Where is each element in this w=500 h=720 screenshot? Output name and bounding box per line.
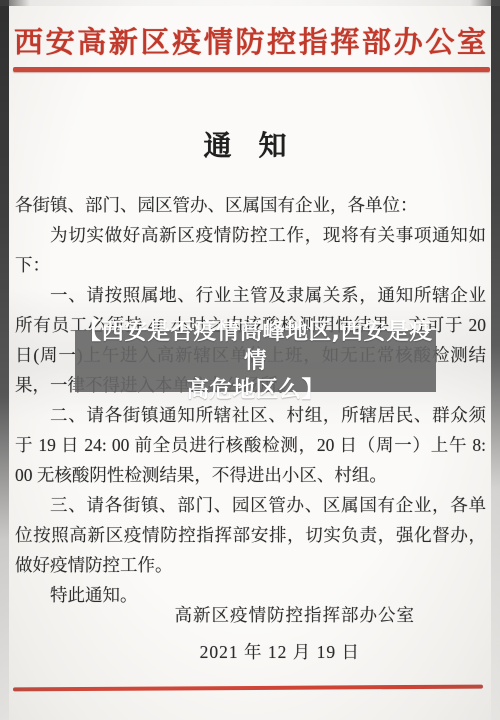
body-paragraph: 为切实做好高新区疫情防控工作，现将有关事项通知如下： <box>15 220 486 280</box>
issuing-office-signature: 高新区疫情防控指挥部办公室 <box>175 602 416 627</box>
footer-divider <box>13 685 483 692</box>
watermark-caption-line2: 高危地区么】 <box>75 376 436 405</box>
letterhead-title: 西安高新区疫情防控指挥部办公室 <box>14 20 487 61</box>
photo-edge-shadow-right <box>491 0 500 720</box>
letterhead-divider <box>13 67 490 72</box>
issue-date: 2021 年 12 月 19 日 <box>200 639 360 664</box>
body-paragraph: 二、请各街镇通知所辖社区、村组，所辖居民、群众须于 19 日 24: 00 前全… <box>15 400 486 490</box>
photo-edge-shadow-top <box>0 0 500 6</box>
watermark-caption-overlay: 【西安是否疫情高峰地区,西安是疫情 高危地区么】 <box>75 330 436 392</box>
photo-edge-shadow-left <box>0 0 9 720</box>
salutation-line: 各街镇、部门、园区管办、区属国有企业，各单位： <box>15 190 486 220</box>
notice-title: 通 知 <box>0 124 500 164</box>
body-paragraph: 三、请各街镇、部门、园区管办、区属国有企业，各单位按照高新区疫情防控指挥部安排，… <box>15 490 486 580</box>
watermark-caption-line1: 【西安是否疫情高峰地区,西安是疫情 <box>75 318 436 376</box>
document-photo: 西安高新区疫情防控指挥部办公室 通 知 各街镇、部门、园区管办、区属国有企业，各… <box>0 0 500 720</box>
